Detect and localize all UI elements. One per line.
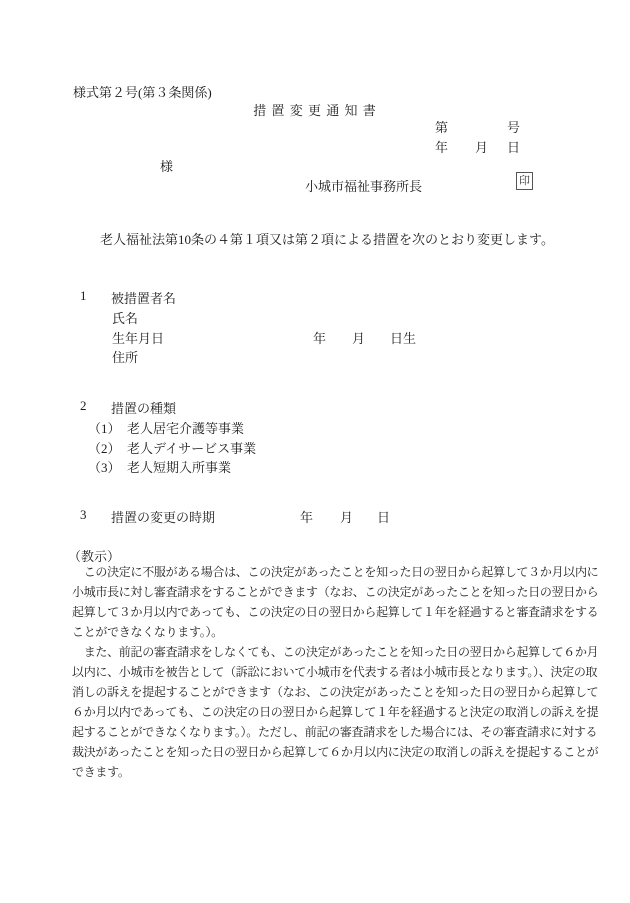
issuer-title: 小城市福祉事務所長 xyxy=(305,176,422,195)
birth-month-label: 月 xyxy=(352,328,365,347)
seal-mark: 印 xyxy=(516,172,533,190)
section-1-heading: 被措置者名 xyxy=(111,288,176,307)
birthdate-field-label: 生年月日 xyxy=(112,328,164,347)
change-year-label: 年 xyxy=(300,507,313,526)
kyoji-paragraph-2: また、前記の審査請求をしなくても、この決定があったことを知った日の翌日から起算し… xyxy=(72,642,598,782)
kyoji-line: この決定に不服がある場合は、この決定があったことを知った日の翌日から起算して３か… xyxy=(72,562,598,582)
opening-sentence: 老人福祉法第10条の４第１項又は第２項による措置を次のとおり変更します。 xyxy=(100,229,554,248)
issue-date-month-label: 月 xyxy=(475,137,488,156)
birth-year-label: 年 xyxy=(313,328,326,347)
addressee-honorific: 様 xyxy=(160,156,173,175)
doc-number-suffix: 号 xyxy=(507,117,520,136)
document-title: 措 置 変 更 通 知 書 xyxy=(0,100,630,119)
kyoji-line: 起することができなくなります。）。ただし、前記の審査請求をした場合には、その審査… xyxy=(72,722,598,742)
change-day-label: 日 xyxy=(377,507,390,526)
doc-number-prefix: 第 xyxy=(435,117,448,136)
address-field-label: 住所 xyxy=(112,347,138,366)
kyoji-line: 消しの訴えを提起することができます（なお、この決定があったことを知った日の翌日か… xyxy=(72,682,598,702)
kyoji-line: 起算して３か月以内であっても、この決定の日の翌日から起算して１年を経過すると審査… xyxy=(72,602,598,622)
kyoji-text: この決定に不服がある場合は、この決定があったことを知った日の翌日から起算して３か… xyxy=(72,562,598,782)
kyoji-line: 以内に、小城市を被告として（訴訟において小城市を代表する者は小城市長となります。… xyxy=(72,662,598,682)
section-3-heading: 措置の変更の時期 xyxy=(111,507,215,526)
change-month-label: 月 xyxy=(340,507,353,526)
measure-type-item-1: （1） 老人居宅介護等事業 xyxy=(88,418,244,437)
kyoji-line: また、前記の審査請求をしなくても、この決定があったことを知った日の翌日から起算し… xyxy=(72,642,598,662)
issue-date-day-label: 日 xyxy=(507,137,520,156)
issue-date-year-label: 年 xyxy=(435,137,448,156)
kyoji-line: 小城市長に対し審査請求をすることができます（なお、この決定があったことを知った日… xyxy=(72,582,598,602)
section-1-number: 1 xyxy=(80,288,87,304)
kyoji-paragraph-1: この決定に不服がある場合は、この決定があったことを知った日の翌日から起算して３か… xyxy=(72,562,598,642)
section-2-number: 2 xyxy=(80,398,87,414)
kyoji-line: ６か月以内であっても、この決定の日の翌日から起算して１年を経過すると決定の取消し… xyxy=(72,702,598,722)
section-3-number: 3 xyxy=(80,507,87,523)
kyoji-line: 裁決があったことを知った日の翌日から起算して６か月以内に決定の取消しの訴えを提起… xyxy=(72,742,598,762)
name-field-label: 氏名 xyxy=(112,308,138,327)
kyoji-line: できます。 xyxy=(72,762,598,782)
birth-day-label: 日生 xyxy=(390,328,416,347)
form-number: 様式第２号(第３条関係) xyxy=(73,82,212,101)
measure-type-item-2: （2） 老人デイサービス事業 xyxy=(88,438,256,457)
document-page: 様式第２号(第３条関係) 措 置 変 更 通 知 書 第 号 年 月 日 様 小… xyxy=(0,0,630,903)
section-2-heading: 措置の種類 xyxy=(111,398,176,417)
measure-type-item-3: （3） 老人短期入所事業 xyxy=(88,457,231,476)
kyoji-line: ことができなくなります。）。 xyxy=(72,622,598,642)
